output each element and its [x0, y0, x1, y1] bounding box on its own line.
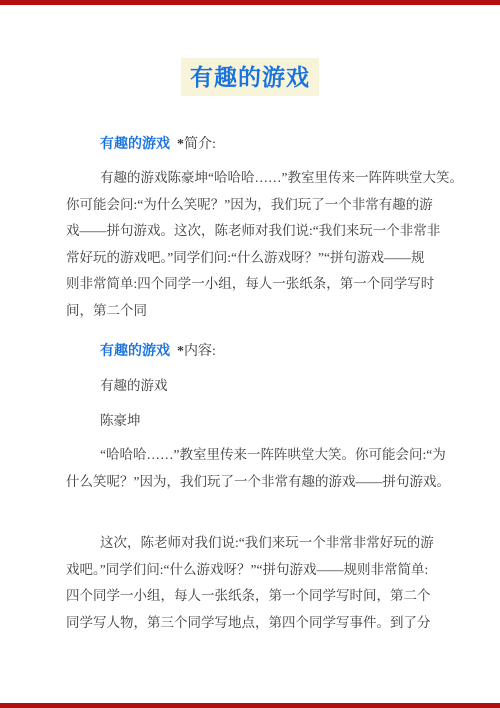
text-line: 四个同学一小组，每人一张纸条，第一个同学写时间，第二个: [66, 583, 434, 610]
text-line: 这次，陈老师对我们说:“我们来玩一个非常非常好玩的游: [66, 530, 434, 557]
title-row: 有趣的游戏: [0, 0, 500, 96]
intro-header-label: 简介:: [184, 137, 216, 152]
essay-title-line: 有趣的游戏: [66, 373, 434, 400]
content-section-header: 有趣的游戏*内容:: [66, 337, 434, 365]
content-header-label: 内容:: [184, 344, 216, 359]
intro-header-star: *: [177, 137, 184, 152]
page-top-border: [0, 0, 500, 5]
essay-author-line: 陈豪坤: [66, 408, 434, 435]
page-bottom-border: [0, 703, 500, 708]
intro-paragraph: 有趣的游戏陈豪坤“哈哈哈……”教室里传来一阵阵哄堂大笑。 你可能会问:“为什么笑…: [66, 165, 434, 324]
content-header-star: *: [177, 344, 184, 359]
text-line: 常好玩的游戏吧。”同学们问:“什么游戏呀？”“拼句游戏——规: [66, 245, 434, 272]
essay-paragraph-2: 这次，陈老师对我们说:“我们来玩一个非常非常好玩的游 戏吧。”同学们问:“什么游…: [66, 530, 434, 636]
document-page: 有趣的游戏 有趣的游戏*简介: 有趣的游戏陈豪坤“哈哈哈……”教室里传来一阵阵哄…: [0, 0, 500, 708]
essay-paragraph-1: “哈哈哈……”教室里传来一阵阵哄堂大笑。你可能会问:“为 什么笑呢？”因为，我们…: [66, 442, 434, 495]
intro-section-header: 有趣的游戏*简介:: [66, 130, 434, 158]
document-title: 有趣的游戏: [181, 58, 319, 96]
document-body: 有趣的游戏*简介: 有趣的游戏陈豪坤“哈哈哈……”教室里传来一阵阵哄堂大笑。 你…: [66, 130, 434, 636]
text-line: 戏吧。”同学们问:“什么游戏呀？”“拼句游戏——规则非常简单:: [66, 557, 434, 584]
text-line: 间，第二个同: [66, 298, 434, 325]
text-line: 有趣的游戏陈豪坤“哈哈哈……”教室里传来一阵阵哄堂大笑。: [66, 165, 434, 192]
text-line: 什么笑呢？”因为，我们玩了一个非常有趣的游戏——拼句游戏。: [66, 469, 434, 496]
text-line: 同学写人物，第三个同学写地点，第四个同学写事件。到了分: [66, 610, 434, 637]
text-line: “哈哈哈……”教室里传来一阵阵哄堂大笑。你可能会问:“为: [66, 442, 434, 469]
content-header-link[interactable]: 有趣的游戏: [100, 342, 170, 358]
intro-header-link[interactable]: 有趣的游戏: [100, 135, 170, 151]
text-line: 戏——拼句游戏。这次，陈老师对我们说:“我们来玩一个非常非: [66, 218, 434, 245]
text-line: 你可能会问:“为什么笑呢？”因为，我们玩了一个非常有趣的游: [66, 192, 434, 219]
text-line: 则非常简单:四个同学一小组，每人一张纸条，第一个同学写时: [66, 271, 434, 298]
